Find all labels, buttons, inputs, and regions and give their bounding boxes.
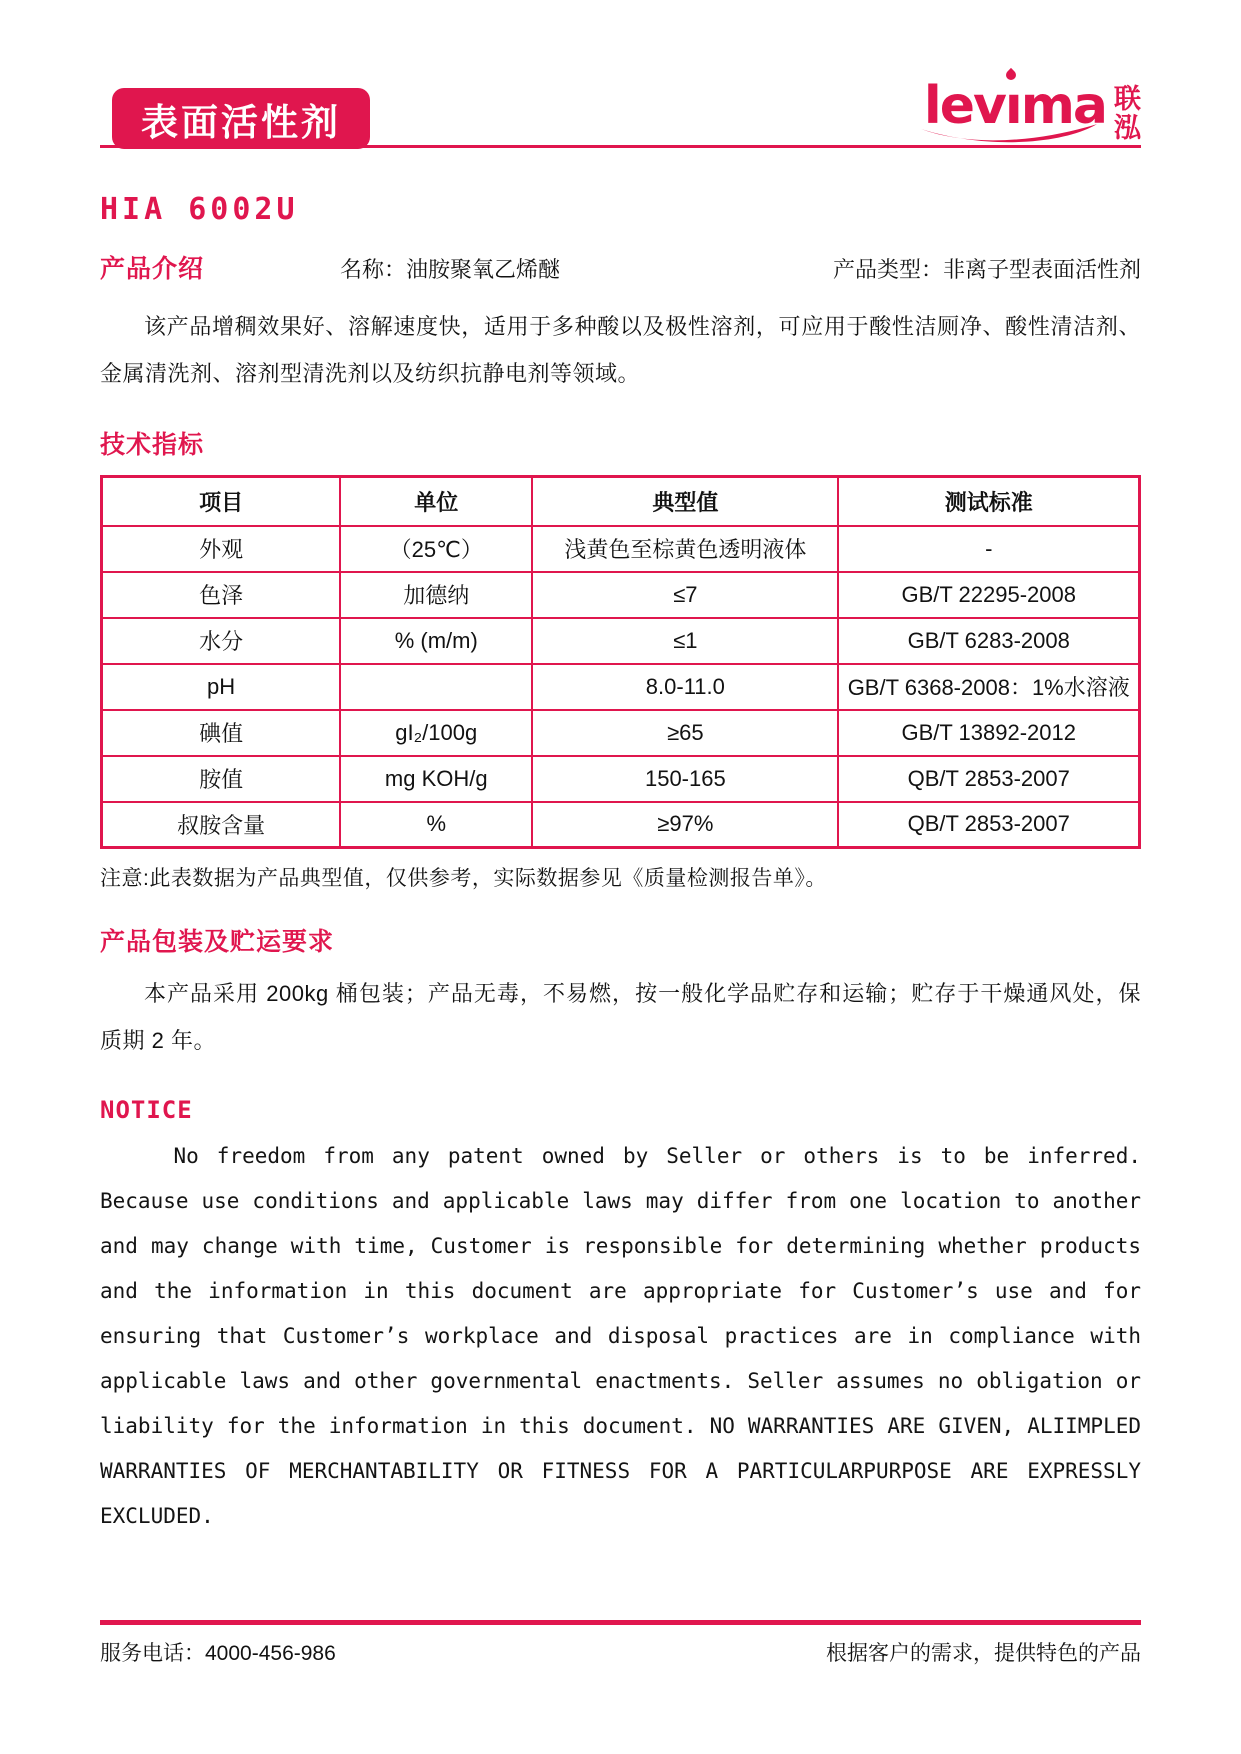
cell-unit: % (m/m) (340, 618, 532, 664)
table-row: 胺值 mg KOH/g 150-165 QB/T 2853-2007 (102, 756, 1140, 802)
cell-item: 叔胺含量 (102, 802, 341, 848)
table-row: pH 8.0-11.0 GB/T 6368-2008：1%水溶液 (102, 664, 1140, 710)
specs-header-row: 项目 单位 典型值 测试标准 (102, 477, 1140, 526)
packaging-heading: 产品包装及贮运要求 (100, 922, 1141, 958)
cell-item: 外观 (102, 526, 341, 572)
cell-unit: 加德纳 (340, 572, 532, 618)
col-header-unit: 单位 (340, 477, 532, 526)
table-note: 注意:此表数据为产品典型值，仅供参考，实际数据参见《质量检测报告单》。 (100, 862, 1141, 892)
intro-row: 产品介绍 名称：油胺聚氧乙烯醚 产品类型：非离子型表面活性剂 (100, 249, 1141, 285)
cell-item: 胺值 (102, 756, 341, 802)
cell-test-standard: GB/T 13892-2012 (838, 710, 1139, 756)
cell-unit (340, 664, 532, 710)
datasheet-page: 表面活性剂 levıma 联 泓 HIA 6002U 产品介绍 名称：油胺聚氧乙… (0, 0, 1241, 1754)
table-row: 叔胺含量 % ≥97% QB/T 2853-2007 (102, 802, 1140, 848)
specs-heading: 技术指标 (100, 425, 1141, 461)
cell-test-standard: - (838, 526, 1139, 572)
cell-test-standard: GB/T 22295-2008 (838, 572, 1139, 618)
table-row: 外观 （25℃） 浅黄色至棕黄色透明液体 - (102, 526, 1140, 572)
cell-typical-value: 8.0-11.0 (532, 664, 838, 710)
col-header-test-standard: 测试标准 (838, 477, 1139, 526)
category-banner: 表面活性剂 (112, 88, 370, 149)
logo-cjk-name: 联 泓 (1114, 85, 1141, 142)
cell-typical-value: ≤1 (532, 618, 838, 664)
cell-test-standard: GB/T 6368-2008：1%水溶液 (838, 664, 1139, 710)
logo-cjk-top: 联 (1114, 85, 1141, 113)
cell-unit: % (340, 802, 532, 848)
cell-typical-value: ≥97% (532, 802, 838, 848)
category-banner-label: 表面活性剂 (141, 92, 341, 146)
page-footer: 服务电话：4000-456-986 根据客户的需求，提供特色的产品 (100, 1620, 1141, 1667)
company-logo: levıma 联 泓 (924, 83, 1141, 144)
cell-unit: （25℃） (340, 526, 532, 572)
service-phone: 服务电话：4000-456-986 (100, 1637, 336, 1667)
product-code-title: HIA 6002U (100, 192, 1141, 227)
cell-unit: mg KOH/g (340, 756, 532, 802)
specs-table: 项目 单位 典型值 测试标准 外观 （25℃） 浅黄色至棕黄色透明液体 - 色泽… (100, 475, 1141, 849)
packaging-text: 本产品采用 200kg 桶包装；产品无毒，不易燃，按一般化学品贮存和运输；贮存于… (100, 970, 1141, 1064)
logo-cjk-bottom: 泓 (1114, 114, 1141, 142)
cell-test-standard: QB/T 2853-2007 (838, 756, 1139, 802)
cell-unit: gI₂/100g (340, 710, 532, 756)
cell-typical-value: 150-165 (532, 756, 838, 802)
cell-item: 水分 (102, 618, 341, 664)
levima-wordmark: levıma (924, 83, 1106, 144)
cell-test-standard: QB/T 2853-2007 (838, 802, 1139, 848)
cell-typical-value: ≥65 (532, 710, 838, 756)
notice-heading: NOTICE (100, 1096, 1141, 1124)
cell-typical-value: 浅黄色至棕黄色透明液体 (532, 526, 838, 572)
table-row: 碘值 gI₂/100g ≥65 GB/T 13892-2012 (102, 710, 1140, 756)
page-header: 表面活性剂 levıma 联 泓 (100, 88, 1141, 148)
col-header-item: 项目 (102, 477, 341, 526)
cell-typical-value: ≤7 (532, 572, 838, 618)
product-name-label: 名称：油胺聚氧乙烯醚 (340, 253, 560, 284)
notice-text: No freedom from any patent owned by Sell… (100, 1134, 1141, 1539)
cell-test-standard: GB/T 6283-2008 (838, 618, 1139, 664)
table-row: 色泽 加德纳 ≤7 GB/T 22295-2008 (102, 572, 1140, 618)
footer-slogan: 根据客户的需求，提供特色的产品 (826, 1637, 1141, 1667)
product-type-label: 产品类型：非离子型表面活性剂 (833, 253, 1141, 284)
swoosh-icon (918, 122, 1100, 146)
intro-description: 该产品增稠效果好、溶解速度快，适用于多种酸以及极性溶剂，可应用于酸性洁厕净、酸性… (100, 303, 1141, 397)
intro-heading: 产品介绍 (100, 249, 204, 285)
col-header-typical-value: 典型值 (532, 477, 838, 526)
cell-item: 色泽 (102, 572, 341, 618)
table-row: 水分 % (m/m) ≤1 GB/T 6283-2008 (102, 618, 1140, 664)
cell-item: 碘值 (102, 710, 341, 756)
cell-item: pH (102, 664, 341, 710)
